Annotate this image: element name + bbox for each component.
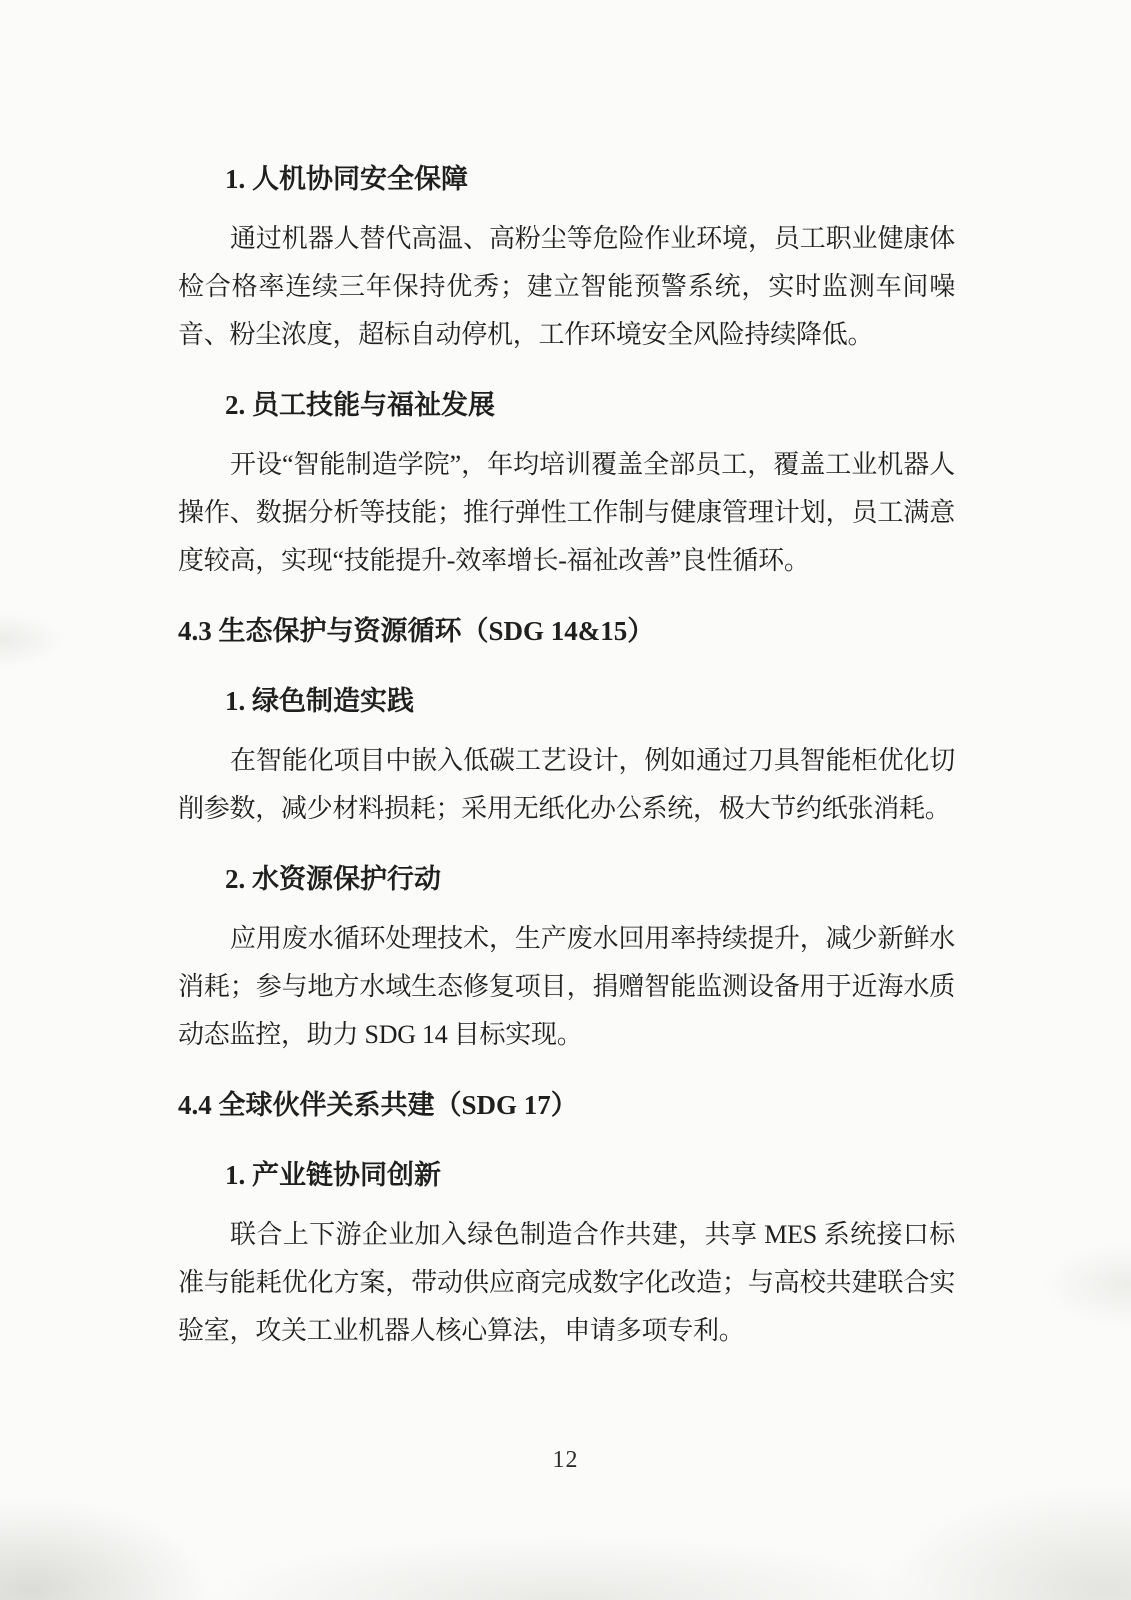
page-footer: 12: [0, 1445, 1131, 1475]
subsection-heading-green-manufacturing: 1. 绿色制造实践: [178, 677, 955, 725]
body-paragraph-industry-chain-innovation: 联合上下游企业加入绿色制造合作共建，共享 MES 系统接口标准与能耗优化方案，带…: [178, 1211, 955, 1355]
document-page: 1. 人机协同安全保障 通过机器人替代高温、高粉尘等危险作业环境，员工职业健康体…: [0, 0, 1131, 1600]
body-paragraph-human-machine-safety: 通过机器人替代高温、高粉尘等危险作业环境，员工职业健康体检合格率连续三年保持优秀…: [178, 215, 955, 359]
section-heading-4-3-ecology-resources: 4.3 生态保护与资源循环（SDG 14&15）: [178, 607, 955, 655]
subsection-heading-water-protection: 2. 水资源保护行动: [178, 855, 955, 903]
page-number: 12: [553, 1447, 579, 1473]
body-paragraph-water-protection: 应用废水循环处理技术，生产废水回用率持续提升，减少新鲜水消耗；参与地方水域生态修…: [178, 915, 955, 1059]
subsection-heading-employee-skills-welfare: 2. 员工技能与福祉发展: [178, 381, 955, 429]
subsection-heading-human-machine-safety: 1. 人机协同安全保障: [178, 155, 955, 203]
body-paragraph-employee-skills-welfare: 开设“智能制造学院”，年均培训覆盖全部员工，覆盖工业机器人操作、数据分析等技能；…: [178, 441, 955, 585]
page-content: 1. 人机协同安全保障 通过机器人替代高温、高粉尘等危险作业环境，员工职业健康体…: [178, 155, 955, 1355]
section-heading-4-4-global-partnership: 4.4 全球伙伴关系共建（SDG 17）: [178, 1081, 955, 1129]
body-paragraph-green-manufacturing: 在智能化项目中嵌入低碳工艺设计，例如通过刀具智能柜优化切削参数，减少材料损耗；采…: [178, 737, 955, 833]
subsection-heading-industry-chain-innovation: 1. 产业链协同创新: [178, 1151, 955, 1199]
